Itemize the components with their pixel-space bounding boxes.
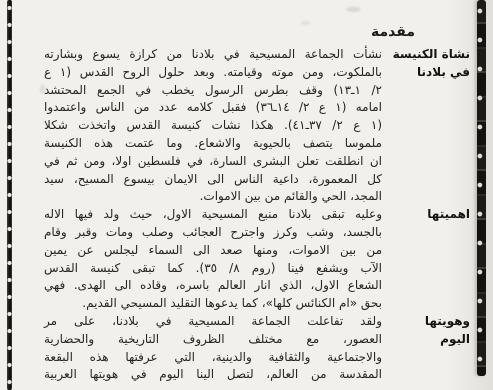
margin-heading: اهميتها — [382, 206, 470, 313]
body-line: (١ ع ٢/ ٣٧ـ٤١). هكذا نشات كنيسة القدس وا… — [44, 117, 382, 135]
paragraph: وهويتهااليومولقد تفاعلت الجماعة المسيحية… — [44, 313, 470, 384]
margin-heading-line: نشاة الكنيسة — [382, 46, 470, 64]
body-line: المجد، الحي والقائم من بين الاموات. — [44, 188, 382, 206]
body-line: الشعاع الاول، الذي انار العالم باسره، وق… — [44, 277, 382, 295]
body-line: المقدسة من العالم، لتصل الينا اليوم في ه… — [44, 366, 382, 384]
binding-edge-left — [7, 0, 12, 390]
body-line: ملموسا يتصف بالحيوية والاشعاع. وما عتمت … — [44, 135, 382, 153]
body-line: بالجسد، وشب وكرز واجترح العجائب وصلب وما… — [44, 224, 382, 242]
margin-heading-line: وهويتها — [382, 313, 470, 331]
scan-page: مقدمة نشاة الكنيسةفي بلادنانشأت الجماعة … — [0, 0, 493, 390]
body-line: كل المعمورة، داعية الناس الى الايمان بيس… — [44, 171, 382, 189]
body-line: ٢/ ١ـ١٣) وقف بطرس الرسول يخطب في الجمع ا… — [44, 82, 382, 100]
body-line: بحق «ام الكنائس كلها»، كما يدعوها التقلي… — [44, 295, 382, 313]
paragraph: اهميتهاوعليه تبقى بلادنا منبع المسيحية ا… — [44, 206, 470, 313]
body-line: والاجتماعية والثقافية والدينية، التي عرف… — [44, 349, 382, 367]
body-line: العصور، مع مختلف الظروف التاريخية والحضا… — [44, 331, 382, 349]
binding-edge-right — [477, 0, 486, 376]
body-line: ان انطلقت تعلن البشرى السارة، في فلسطين … — [44, 153, 382, 171]
body-line: ولقد تفاعلت الجماعة المسيحية في بلادنا، … — [44, 313, 382, 331]
margin-heading-line: اليوم — [382, 331, 470, 349]
page-title: مقدمة — [371, 24, 415, 40]
body-line: الآب ويشفع فينا (روم ٨/ ٣٥). كما تبقى كن… — [44, 260, 382, 278]
margin-heading: نشاة الكنيسةفي بلادنا — [382, 46, 470, 206]
body-line: امامه (١ ع ٢/ ١٤ـ٣٦) فقبل كلامه عدد من ا… — [44, 99, 382, 117]
paragraph-body: نشأت الجماعة المسيحية في بلادنا من كرازة… — [44, 46, 382, 206]
body-line: بالملكوت، ومن موته وقيامته. وبعد حلول ال… — [44, 64, 382, 82]
paragraph-body: وعليه تبقى بلادنا منبع المسيحية الاول، ح… — [44, 206, 382, 313]
body-line: من بين الاموات، ومنها صعد الى السماء ليج… — [44, 242, 382, 260]
margin-heading-line: في بلادنا — [382, 64, 470, 82]
scan-smudge — [346, 7, 361, 12]
scan-smudge — [301, 21, 310, 25]
paragraph: نشاة الكنيسةفي بلادنانشأت الجماعة المسيح… — [44, 46, 470, 206]
paragraph-body: ولقد تفاعلت الجماعة المسيحية في بلادنا، … — [44, 313, 382, 384]
body-line: نشأت الجماعة المسيحية في بلادنا من كرازة… — [44, 46, 382, 64]
margin-heading-line: اهميتها — [382, 206, 470, 224]
margin-heading: وهويتهااليوم — [382, 313, 470, 384]
text-block: نشاة الكنيسةفي بلادنانشأت الجماعة المسيح… — [44, 46, 470, 384]
body-line: وعليه تبقى بلادنا منبع المسيحية الاول، ح… — [44, 206, 382, 224]
